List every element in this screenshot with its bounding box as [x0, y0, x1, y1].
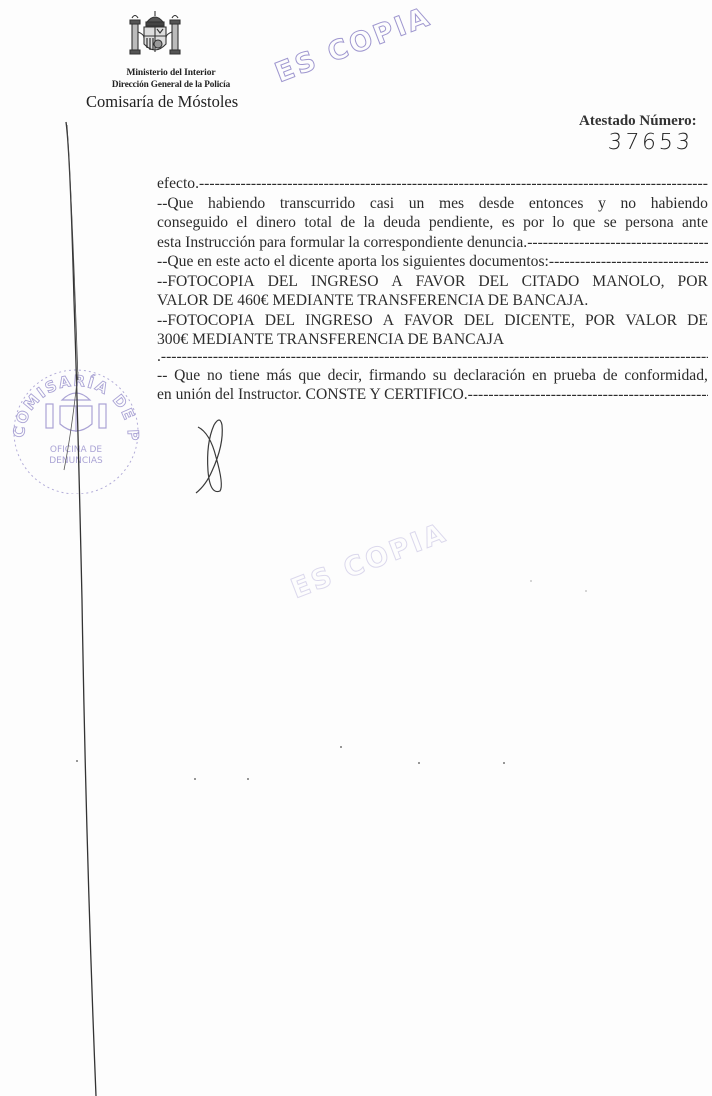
copy-stamp-top: ES COPIA — [271, 1, 436, 89]
body-line: 300€ MEDIANTE TRANSFERENCIA DE BANCAJA — [157, 330, 708, 350]
body-word: entonces — [529, 194, 584, 214]
atestado-label: Atestado Número: — [579, 113, 697, 130]
body-word: DEL — [265, 311, 295, 331]
body-word: y — [598, 194, 606, 214]
body-word: dinero — [256, 213, 296, 233]
body-word: mes — [439, 194, 464, 214]
body-word: de — [603, 366, 618, 386]
body-word: FAVOR — [404, 311, 454, 331]
body-word: ante — [682, 213, 708, 233]
body-word: pendiente, — [429, 213, 494, 233]
body-line: --FOTOCOPIADELINGRESOAFAVORDELCITADOMANO… — [157, 272, 708, 292]
body-word: transcurrido — [280, 194, 355, 214]
body-word: conformidad, — [624, 366, 708, 386]
body-line: .---------------------------------------… — [157, 350, 708, 366]
body-word: desde — [479, 194, 515, 214]
body-word: de — [340, 213, 355, 233]
body-word: declaración — [453, 366, 525, 386]
body-word: POR — [678, 272, 708, 292]
body-word: VALOR — [625, 311, 677, 331]
body-line-text: efecto. — [157, 174, 199, 194]
dash-filler: ----------------------------------------… — [199, 174, 708, 194]
body-line: --FOTOCOPIADELINGRESOAFAVORDELDICENTE,PO… — [157, 311, 708, 331]
body-line-text: esta Instrucción para formular la corres… — [157, 233, 527, 253]
dash-filler: ----------------------------------------… — [468, 385, 708, 405]
body-word: --FOTOCOPIA — [157, 272, 255, 292]
body-line: --Quehabiendotranscurridocasiunmesdesdee… — [157, 194, 708, 214]
body-line: efecto.---------------------------------… — [157, 174, 708, 194]
body-word: por — [523, 213, 544, 233]
body-word: DEL — [464, 311, 494, 331]
office-name: Comisaría de Móstoles — [86, 92, 238, 112]
scan-speck — [194, 778, 196, 780]
seal-inner-line1: OFICINA DE — [50, 445, 103, 455]
police-seal-icon: COMISARÍA DE POLICÍA OFICINA DE DENUNCIA… — [6, 360, 142, 494]
body-word: persona — [625, 213, 674, 233]
body-word: que — [298, 366, 321, 386]
body-word: DEL — [268, 272, 298, 292]
body-line-text: en unión del Instructor. CONSTE Y CERTIF… — [157, 385, 468, 405]
body-word: no — [207, 366, 223, 386]
body-line-text: --Que en este acto el dicente aporta los… — [157, 252, 549, 272]
body-word: MANOLO, — [592, 272, 664, 292]
body-line: VALOR DE 460€ MEDIANTE TRANSFERENCIA DE … — [157, 291, 708, 311]
body-word: DICENTE, — [504, 311, 575, 331]
body-line-text: VALOR DE 460€ MEDIANTE TRANSFERENCIA DE … — [157, 291, 588, 311]
body-word: la — [364, 213, 375, 233]
body-word: INGRESO — [305, 311, 373, 331]
body-word: A — [391, 272, 402, 292]
scan-speck — [503, 762, 505, 764]
body-word: tiene — [229, 366, 259, 386]
scan-speck — [418, 762, 420, 764]
body-word: INGRESO — [311, 272, 379, 292]
ministry-name: Ministerio del Interior — [80, 68, 262, 79]
body-word: el — [236, 213, 247, 233]
body-word: su — [433, 366, 447, 386]
body-word: no — [621, 194, 637, 214]
body-word: deuda — [383, 213, 420, 233]
body-word: casi — [370, 194, 394, 214]
handwritten-signature-icon — [190, 415, 240, 495]
body-word: FAVOR — [416, 272, 466, 292]
dash-filler: ----------------------------------------… — [527, 233, 708, 253]
scan-speck — [585, 590, 587, 592]
dash-filler: ----------------------------------------… — [161, 350, 708, 366]
copy-stamp-middle: ES COPIA — [287, 517, 452, 605]
body-word: en — [532, 366, 547, 386]
body-word: --FOTOCOPIA — [157, 311, 255, 331]
body-word: prueba — [554, 366, 596, 386]
directorate-name: Dirección General de la Policía — [80, 79, 262, 90]
body-word: habiendo — [208, 194, 265, 214]
atestado-number: 37653 — [607, 130, 694, 155]
body-line: --Quenotienemásquedecir,firmandosudeclar… — [157, 366, 708, 386]
scan-speck — [247, 778, 249, 780]
body-word: habiendo — [651, 194, 708, 214]
body-word: decir, — [328, 366, 362, 386]
declaration-text: efecto.---------------------------------… — [157, 174, 708, 405]
vertical-margin-signature-line-icon — [0, 0, 712, 1096]
body-word: conseguido — [157, 213, 228, 233]
body-word: firmando — [369, 366, 426, 386]
body-word: lo — [552, 213, 564, 233]
body-word: --Que — [157, 194, 193, 214]
body-word: Que — [174, 366, 200, 386]
body-word: -- — [157, 366, 167, 386]
body-line: en unión del Instructor. CONSTE Y CERTIF… — [157, 385, 708, 405]
body-word: un — [409, 194, 425, 214]
scan-speck — [76, 760, 78, 762]
body-word: POR — [585, 311, 615, 331]
body-line: --Que en este acto el dicente aporta los… — [157, 252, 708, 272]
body-word: es — [502, 213, 515, 233]
spain-coat-of-arms-icon — [127, 10, 183, 62]
seal-inner-line2: DENUNCIAS — [49, 456, 103, 466]
body-line: esta Instrucción para formular la corres… — [157, 233, 708, 253]
ministry-heading: Ministerio del Interior Dirección Genera… — [80, 68, 262, 90]
body-line-text: 300€ MEDIANTE TRANSFERENCIA DE BANCAJA — [157, 330, 504, 350]
body-word: se — [604, 213, 617, 233]
body-word: DE — [687, 311, 708, 331]
body-word: DEL — [478, 272, 508, 292]
dash-filler: ----------------------------------------… — [549, 252, 708, 272]
body-word: total — [304, 213, 332, 233]
scan-speck — [530, 580, 532, 582]
body-word: que — [573, 213, 596, 233]
body-word: CITADO — [522, 272, 580, 292]
scan-speck — [340, 746, 342, 748]
body-word: más — [266, 366, 291, 386]
body-word: A — [383, 311, 394, 331]
body-line: conseguidoeldinerototaldeladeudapendient… — [157, 213, 708, 233]
